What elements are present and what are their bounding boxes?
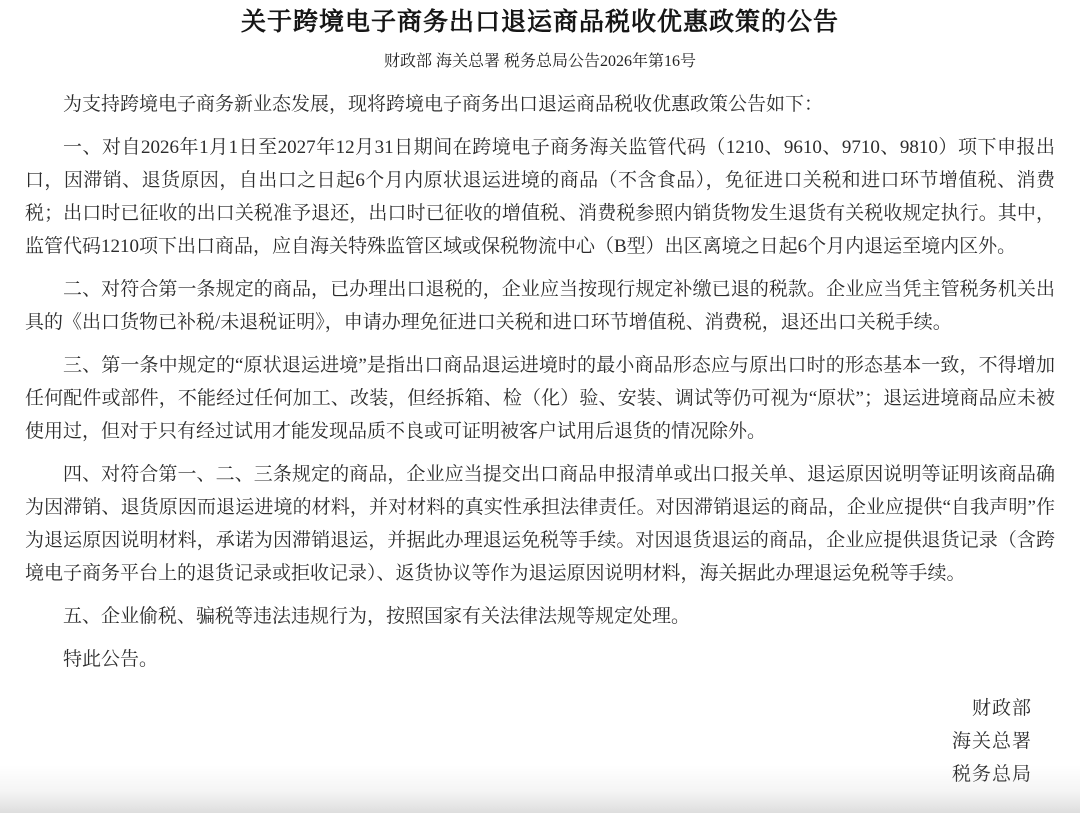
article-1: 一、对自2026年1月1日至2027年12月31日期间在跨境电子商务海关监管代码… bbox=[25, 131, 1055, 263]
signatory-customs-administration: 海关总署 bbox=[25, 725, 1032, 758]
signatory-ministry-of-finance: 财政部 bbox=[25, 692, 1032, 725]
announcement-document: 关于跨境电子商务出口退运商品税收优惠政策的公告 财政部 海关总署 税务总局公告2… bbox=[0, 0, 1080, 791]
document-body: 为支持跨境电子商务新业态发展，现将跨境电子商务出口退运商品税收优惠政策公告如下：… bbox=[25, 72, 1055, 676]
document-number: 财政部 海关总署 税务总局公告2026年第16号 bbox=[25, 52, 1055, 72]
paragraph-intro: 为支持跨境电子商务新业态发展，现将跨境电子商务出口退运商品税收优惠政策公告如下： bbox=[25, 88, 1055, 121]
article-5: 五、企业偷税、骗税等违法违规行为，按照国家有关法律法规等规定处理。 bbox=[25, 600, 1055, 633]
article-2: 二、对符合第一条规定的商品，已办理出口退税的，企业应当按现行规定补缴已退的税款。… bbox=[25, 273, 1055, 339]
document-title: 关于跨境电子商务出口退运商品税收优惠政策的公告 bbox=[25, 0, 1055, 38]
article-3: 三、第一条中规定的“原状退运进境”是指出口商品退运进境时的最小商品形态应与原出口… bbox=[25, 349, 1055, 448]
signature-block: 财政部 海关总署 税务总局 bbox=[25, 692, 1055, 791]
signatory-taxation-administration: 税务总局 bbox=[25, 758, 1032, 791]
closing-phrase: 特此公告。 bbox=[25, 643, 1055, 676]
article-4: 四、对符合第一、二、三条规定的商品，企业应当提交出口商品申报清单或出口报关单、退… bbox=[25, 458, 1055, 590]
